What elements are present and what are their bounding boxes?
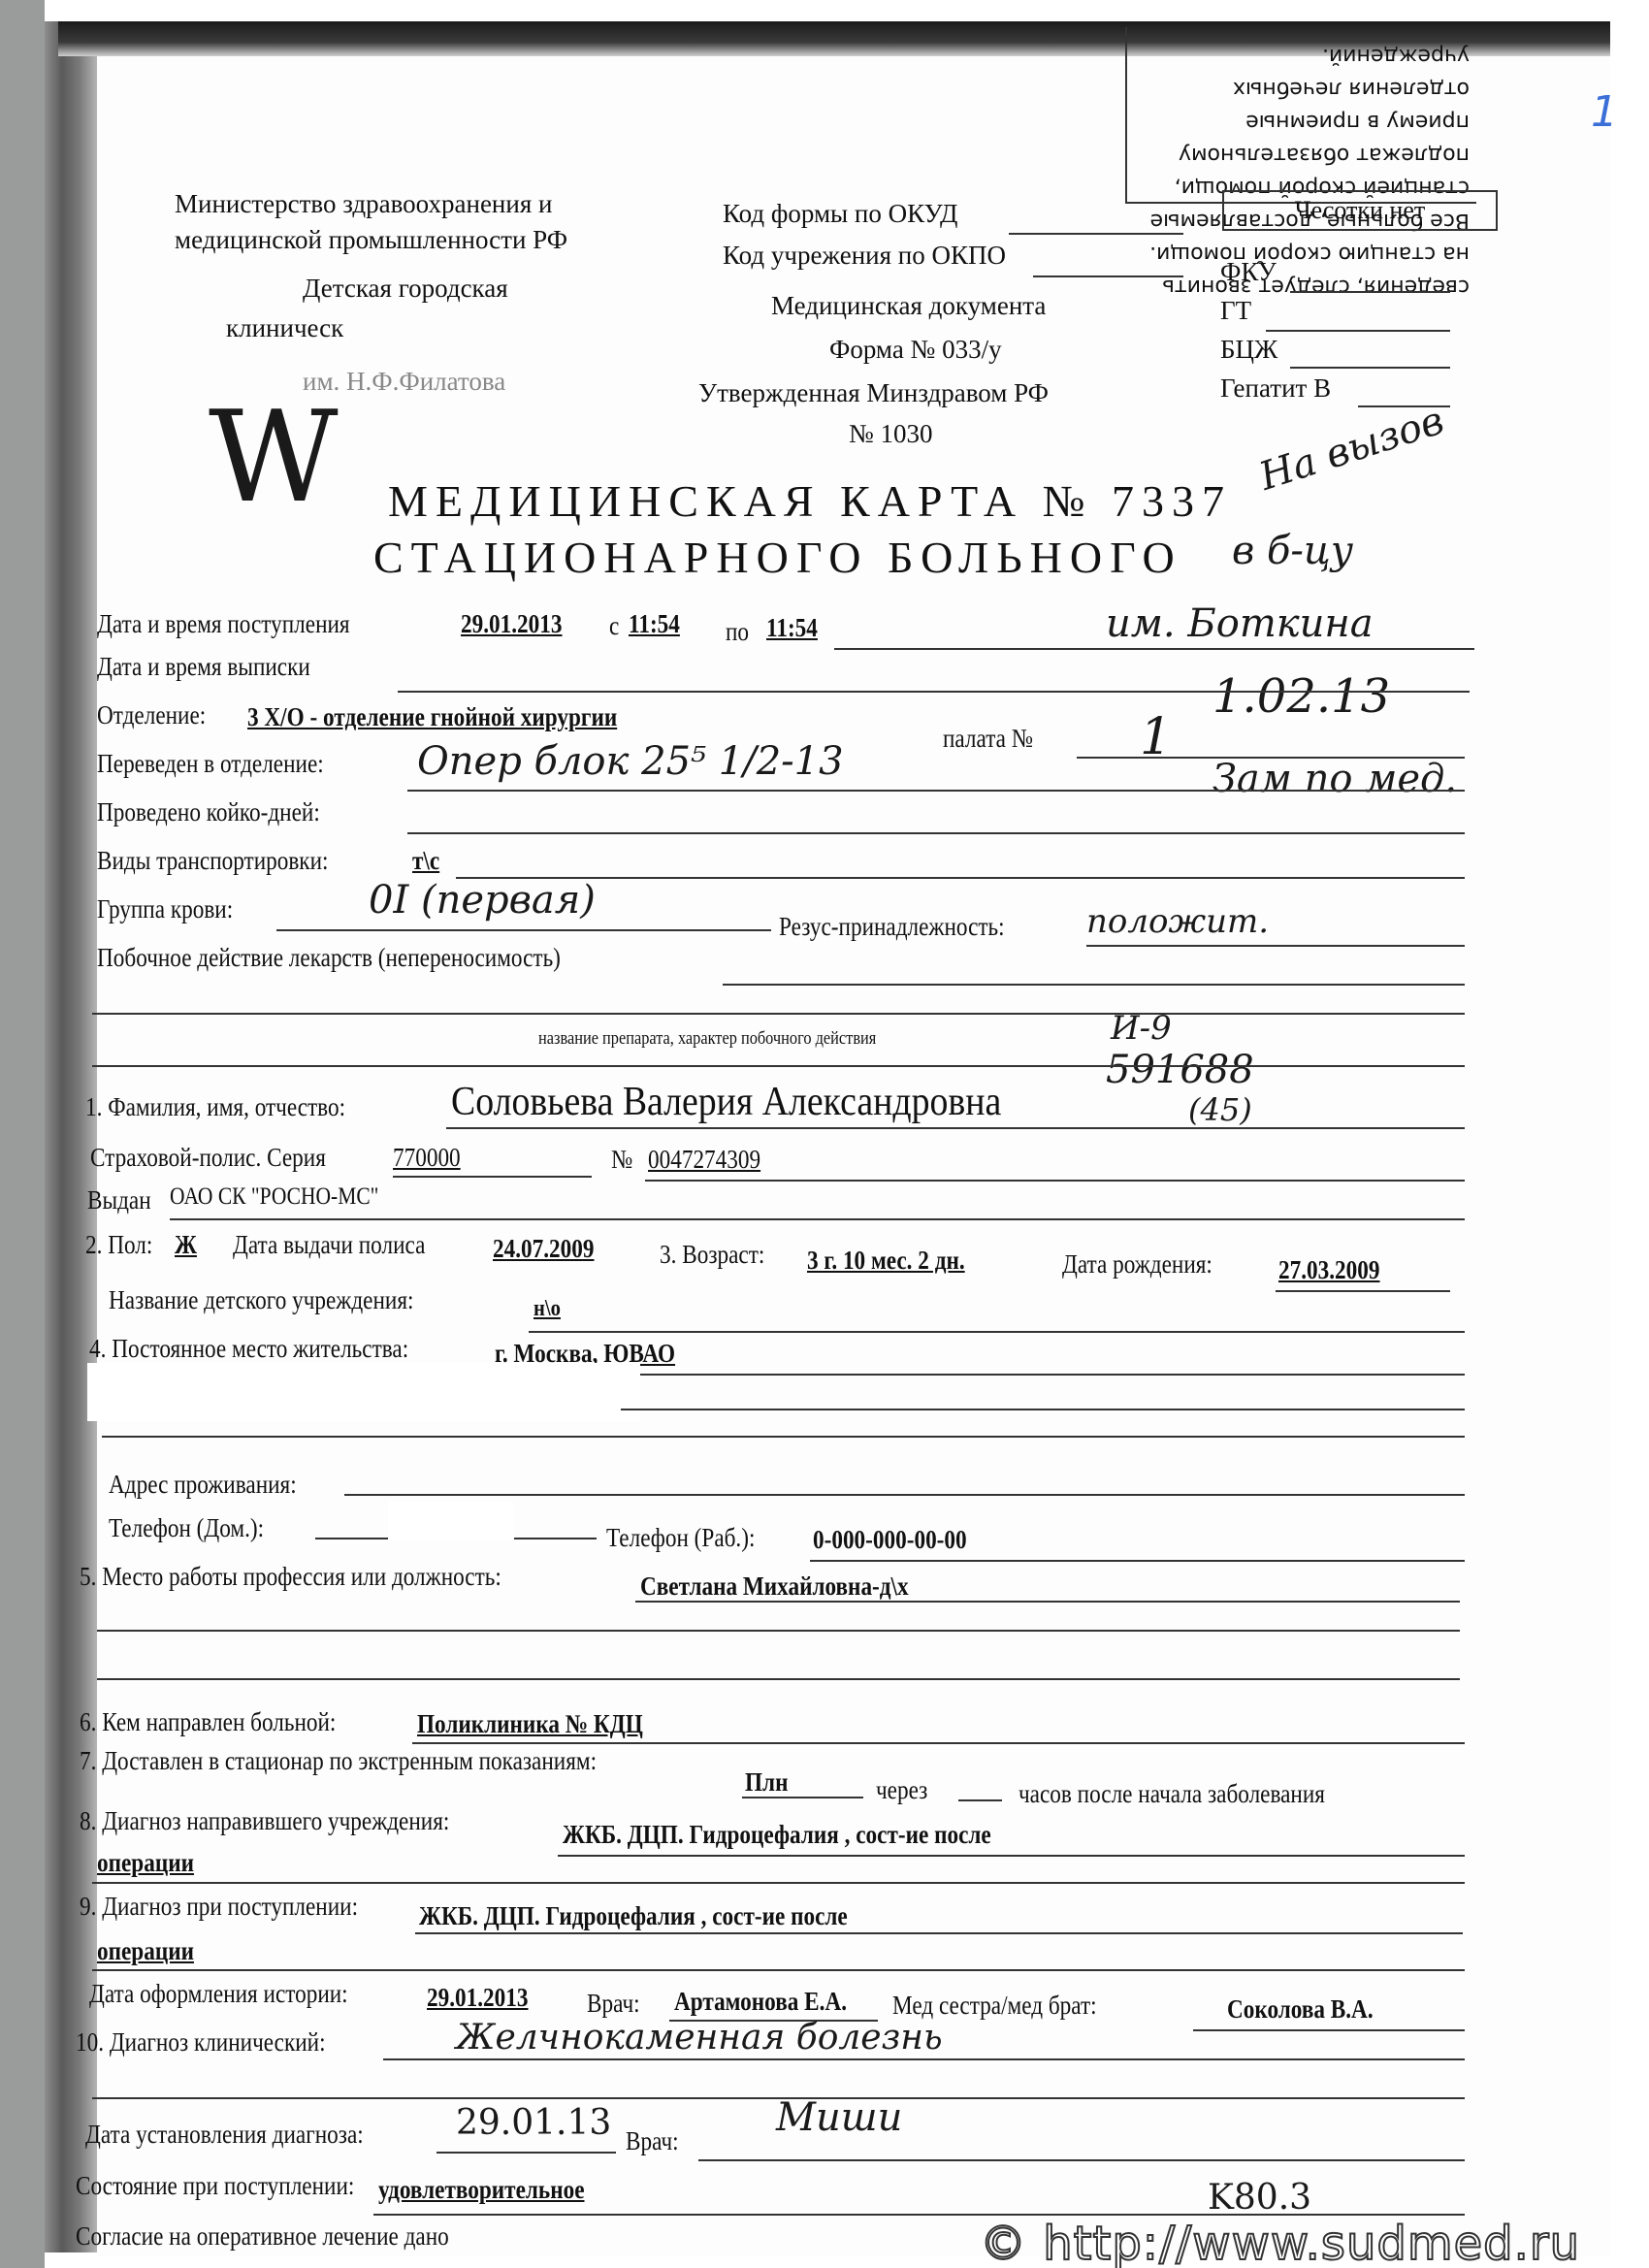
ref-diag-value-2: операции bbox=[97, 1848, 194, 1878]
address-label: Адрес проживания: bbox=[109, 1470, 297, 1500]
transfer-note-2: в б-цу bbox=[1232, 529, 1353, 573]
transfer-note-3: им. Боткина bbox=[1106, 601, 1374, 646]
adm-diag-label: 9. Диагноз при поступлении: bbox=[80, 1892, 358, 1922]
ref-diag-line bbox=[558, 1855, 1465, 1857]
work-value: Светлана Михайловна-д\х bbox=[640, 1571, 909, 1602]
transferred-label: Переведен в отделение: bbox=[97, 749, 324, 779]
patient-name-line bbox=[446, 1127, 1465, 1129]
patient-name-value: Соловьева Валерия Александровна bbox=[451, 1079, 1001, 1125]
nurse-value: Соколова В.А. bbox=[1227, 1994, 1374, 2025]
okud-label: Код формы по ОКУД bbox=[723, 199, 957, 229]
admission-from-label: с bbox=[609, 611, 619, 641]
dob-value: 27.03.2009 bbox=[1278, 1255, 1379, 1285]
kindergarten-line bbox=[529, 1331, 1465, 1333]
consent-label: Согласие на оперативное лечение дано bbox=[76, 2221, 449, 2252]
approved-num: № 1030 bbox=[849, 419, 933, 449]
condition-label: Состояние при поступлении: bbox=[76, 2171, 354, 2201]
ambulance-notice-text: сведения, следует звонить на станцию ско… bbox=[1140, 39, 1470, 303]
bcg-label: БЦЖ bbox=[1220, 335, 1277, 365]
ministry-line-1: Министерство здравоохранения и bbox=[175, 189, 552, 219]
side-effects-line-3 bbox=[92, 1065, 1465, 1067]
card-title-line-1: МЕДИЦИНСКАЯ КАРТА № 7337 bbox=[388, 475, 1232, 527]
nurse-label: Мед сестра/мед брат: bbox=[892, 1991, 1097, 2021]
residence-line-2 bbox=[621, 1409, 1465, 1410]
blood-group-line bbox=[276, 929, 771, 931]
admission-label: Дата и время поступления bbox=[97, 609, 350, 639]
bed-days-label: Проведено койко-дней: bbox=[97, 797, 320, 827]
adm-diag-value-2: операции bbox=[97, 1936, 194, 1966]
hepatitis-label: Гепатит В bbox=[1220, 373, 1331, 404]
fku-label: ФКУ bbox=[1220, 257, 1277, 287]
hospital-line-1: Детская городская bbox=[303, 274, 508, 304]
signature-note: Зам по мед. bbox=[1212, 757, 1457, 801]
diag-doctor-line bbox=[698, 2159, 1465, 2161]
ref-diag-line-2 bbox=[92, 1882, 1465, 1884]
hospital-line-2: клиническ bbox=[226, 313, 343, 343]
scabies-stamp: Чесотки нет bbox=[1222, 190, 1498, 231]
fku-line bbox=[1290, 291, 1450, 293]
okpo-label: Код учрежения по ОКПО bbox=[723, 241, 1006, 271]
transferred-line bbox=[407, 790, 1465, 792]
kindergarten-label: Название детского учреждения: bbox=[109, 1285, 413, 1315]
ref-diag-label: 8. Диагноз направившего учреждения: bbox=[80, 1806, 449, 1836]
nurse-line bbox=[1193, 2029, 1465, 2031]
condition-value: удовлетворительное bbox=[378, 2175, 585, 2205]
policy-num-value: 0047274309 bbox=[648, 1145, 760, 1175]
age-label: 3. Возраст: bbox=[660, 1240, 764, 1270]
rh-line bbox=[1086, 945, 1465, 947]
diag-date-label: Дата установления диагноза: bbox=[85, 2120, 364, 2150]
policy-series-value: 770000 bbox=[393, 1143, 461, 1173]
clin-diag-label: 10. Диагноз клинический: bbox=[76, 2027, 326, 2057]
gt-label: ГТ bbox=[1220, 296, 1251, 326]
ref-diag-value-1: ЖКБ. ДЦП. Гидроцефалия , сост-ие после bbox=[563, 1820, 991, 1850]
work-line-3 bbox=[97, 1678, 1460, 1680]
department-label: Отделение: bbox=[97, 700, 206, 730]
admission-line bbox=[834, 648, 1474, 650]
delivered-label: 7. Доставлен в стационар по экстренным п… bbox=[80, 1746, 597, 1776]
kindergarten-value: н\о bbox=[533, 1296, 561, 1322]
after-label: через bbox=[876, 1775, 927, 1805]
dob-line bbox=[1276, 1290, 1450, 1292]
sex-label: 2. Пол: bbox=[85, 1230, 152, 1260]
watermark: © http://www.sudmed.ru bbox=[980, 2217, 1580, 2268]
bcg-line bbox=[1290, 367, 1450, 369]
approved-label: Утвержденная Минздравом РФ bbox=[698, 378, 1049, 408]
transport-value: т\с bbox=[412, 846, 439, 876]
side-effects-label: Побочное действие лекарств (непереносимо… bbox=[97, 943, 561, 973]
admission-to-label: по bbox=[726, 617, 749, 647]
issued-label: Выдан bbox=[87, 1185, 151, 1215]
patient-name-label: 1. Фамилия, имя, отчество: bbox=[85, 1092, 345, 1122]
issued-line bbox=[170, 1218, 1465, 1220]
work-line bbox=[635, 1601, 1460, 1603]
policy-num-line bbox=[645, 1180, 1465, 1182]
work-line-2 bbox=[97, 1630, 1460, 1632]
gt-line bbox=[1266, 330, 1450, 332]
transport-label: Виды транспортировки: bbox=[97, 846, 328, 876]
referred-value: Поликлиника № КДЦ bbox=[417, 1709, 643, 1739]
policy-series-line bbox=[393, 1176, 592, 1178]
adm-diag-line bbox=[415, 1932, 1463, 1934]
dob-label: Дата рождения: bbox=[1062, 1249, 1212, 1280]
residence-line-3 bbox=[102, 1436, 1465, 1438]
med-doc-label: Медицинская документа bbox=[771, 291, 1046, 321]
phone-home-label: Телефон (Дом.): bbox=[109, 1513, 264, 1543]
clin-diag-line bbox=[383, 2058, 1465, 2060]
blood-group-label: Группа крови: bbox=[97, 894, 233, 924]
case-ref-bottom: 591688 bbox=[1106, 1048, 1254, 1092]
side-effects-line bbox=[723, 984, 1465, 986]
delivered-value: Плн bbox=[745, 1767, 788, 1798]
diag-date-line bbox=[436, 2152, 616, 2154]
page-number: 1 bbox=[1591, 87, 1618, 137]
hours-line bbox=[958, 1799, 1002, 1801]
case-ref-top: И-9 bbox=[1111, 1009, 1172, 1048]
bed-days-line bbox=[407, 832, 1465, 834]
transport-line bbox=[456, 877, 1465, 879]
admission-from-time: 11:54 bbox=[629, 609, 680, 639]
doctor-value: Артамонова Е.А. bbox=[674, 1987, 847, 2017]
margin-mark: W bbox=[209, 383, 339, 531]
referred-line bbox=[412, 1742, 1465, 1744]
policy-series-label: Страховой-полис. Серия bbox=[90, 1143, 326, 1173]
ward-line bbox=[1077, 757, 1465, 759]
admission-date: 29.01.2013 bbox=[461, 609, 562, 639]
doctor-label: Врач: bbox=[587, 1989, 640, 2019]
ward-label: палата № bbox=[943, 724, 1033, 754]
address-line bbox=[344, 1494, 1465, 1496]
history-date-value: 29.01.2013 bbox=[427, 1983, 528, 2013]
policy-num-label: № bbox=[611, 1145, 632, 1175]
diag-doctor-label: Врач: bbox=[626, 2126, 679, 2156]
redacted-phone bbox=[388, 1502, 514, 1540]
age-value: 3 г. 10 мес. 2 дн. bbox=[807, 1246, 965, 1276]
hours-label: часов после начала заболевания bbox=[1018, 1779, 1325, 1809]
phone-work-line bbox=[810, 1560, 1465, 1562]
side-effects-line-2 bbox=[92, 1013, 1465, 1015]
rh-value: положит. bbox=[1086, 902, 1269, 941]
department-value: 3 Х/О - отделение гнойной хирургии bbox=[247, 702, 617, 732]
sex-value: Ж bbox=[175, 1230, 197, 1260]
admission-to-time: 11:54 bbox=[766, 613, 818, 643]
card-title-line-2: СТАЦИОНАРНОГО БОЛЬНОГО bbox=[373, 532, 1182, 583]
transfer-date: 1.02.13 bbox=[1212, 669, 1390, 724]
policy-date-value: 24.07.2009 bbox=[493, 1234, 594, 1264]
case-ref-paren: (45) bbox=[1188, 1091, 1252, 1128]
policy-date-label: Дата выдачи полиса bbox=[233, 1230, 425, 1260]
clin-diag-value: Желчнокаменная болезнь bbox=[456, 2018, 943, 2057]
ministry-line-2: медицинской промышленности РФ bbox=[175, 225, 567, 255]
adm-diag-line-2 bbox=[92, 1969, 1465, 1971]
blood-group-value: 0I (первая) bbox=[369, 878, 596, 923]
redacted-address bbox=[87, 1363, 640, 1421]
icd-code: K80.3 bbox=[1208, 2178, 1311, 2218]
side-effects-hint: название препарата, характер побочного д… bbox=[538, 1028, 876, 1050]
form-label: Форма № 033/у bbox=[829, 335, 1002, 365]
residence-label: 4. Постоянное место жительства: bbox=[89, 1334, 408, 1364]
delivered-line bbox=[742, 1797, 863, 1798]
work-label: 5. Место работы профессия или должность: bbox=[80, 1562, 501, 1592]
scan-edge bbox=[0, 0, 45, 2268]
adm-diag-value-1: ЖКБ. ДЦП. Гидроцефалия , сост-ие после bbox=[419, 1901, 848, 1931]
diag-date-value: 29.01.13 bbox=[456, 2103, 611, 2143]
discharge-label: Дата и время выписки bbox=[97, 652, 310, 682]
history-date-label: Дата оформления истории: bbox=[89, 1979, 348, 2009]
issued-value: ОАО СК "РОСНО-МС" bbox=[170, 1183, 378, 1211]
phone-work-value: 0-000-000-00-00 bbox=[813, 1525, 967, 1555]
discharge-line bbox=[398, 691, 1470, 693]
rh-label: Резус-принадлежность: bbox=[779, 912, 1005, 942]
diag-doctor-signature: Миши bbox=[776, 2095, 902, 2140]
transferred-value: Опер блок 25⁵ 1/2-13 bbox=[417, 739, 844, 784]
condition-line bbox=[373, 2214, 1465, 2216]
referred-label: 6. Кем направлен больной: bbox=[80, 1707, 336, 1737]
phone-work-label: Телефон (Раб.): bbox=[606, 1523, 755, 1553]
residence-line bbox=[495, 1374, 1465, 1376]
